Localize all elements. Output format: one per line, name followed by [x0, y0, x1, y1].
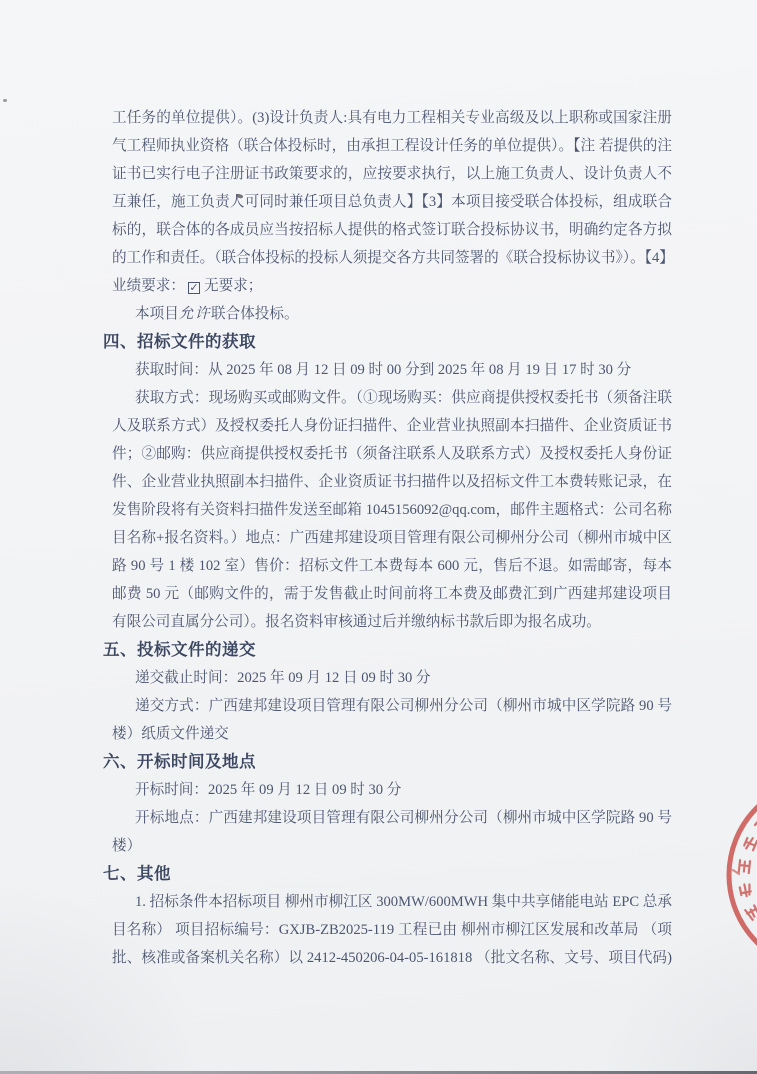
section-heading: 五、投标文件的递交: [103, 636, 672, 664]
document-line: 邮费 50 元（邮购文件的，需于发售截止时间前将工本费及邮费汇到广西建邦建设项目…: [112, 580, 672, 608]
document-line: 互兼任，施工负责人可同时兼任项目总负责人】【3】本项目接受联合体投标，组成联合体…: [112, 188, 672, 216]
document-line: 递交方式：广西建邦建设项目管理有限公司柳州分公司（柳州市城中区学院路 90 号 …: [135, 692, 672, 720]
section-heading: 四、招标文件的获取: [103, 328, 672, 356]
document-line: 目名称） 项目招标编号：GXJB-ZB2025-119 工程已由 柳州市柳江区发…: [112, 916, 672, 944]
official-seal-icon: [700, 770, 757, 1020]
document-line: 获取时间：从 2025 年 08 月 12 日 09 时 00 分到 2025 …: [135, 356, 672, 384]
text-segment: 业绩要求：: [112, 278, 185, 294]
text-segment: 无要求；: [204, 278, 262, 294]
section-heading: 六、开标时间及地点: [103, 748, 672, 776]
document-line: 件；②邮购：供应商提供授权委托书（须备注联系人及联系方式）及授权委托人身份证扫描: [112, 440, 672, 468]
performance-requirement-checkbox: ✓: [188, 282, 200, 294]
document-line: 1. 招标条件本招标项目 柳州市柳江区 300MW/600MWH 集中共享储能电…: [135, 888, 672, 916]
document-line: 递交截止时间：2025 年 09 月 12 日 09 时 30 分: [135, 664, 672, 692]
document-line: 目名称+报名资料。）地点：广西建邦建设项目管理有限公司柳州分公司（柳州市城中区学…: [112, 524, 672, 552]
document-line: 工任务的单位提供）。(3)设计负责人:具有电力工程相关专业高级及以上职称或国家注…: [112, 104, 672, 132]
text-segment: 联合体投标。: [211, 306, 299, 322]
document-line: 开标地点：广西建邦建设项目管理有限公司柳州分公司（柳州市城中区学院路 90 号 …: [135, 804, 672, 832]
document-line: 的工作和责任。（联合体投标的投标人须提交各方共同签署的《联合投标协议书》）。【4…: [112, 244, 672, 272]
text-segment: 允许: [179, 306, 211, 322]
document-line: 批、核准或备案机关名称）以 2412-450206-04-05-161818 （…: [112, 944, 672, 972]
document-line: 发售阶段将有关资料扫描件发送至邮箱 1045156092@qq.com，邮件主题…: [112, 496, 672, 524]
document-line: 获取方式：现场购买或邮购文件。（①现场购买：供应商提供授权委托书（须备注联系: [135, 384, 672, 412]
document-line: 开标时间：2025 年 09 月 12 日 09 时 30 分: [135, 776, 672, 804]
document-line: 件、企业营业执照副本扫描件、企业资质证书扫描件以及招标文件工本费转账记录，在文件: [112, 468, 672, 496]
scanned-document-page: 工任务的单位提供）。(3)设计负责人:具有电力工程相关专业高级及以上职称或国家注…: [0, 0, 757, 1074]
section-heading: 七、其他: [103, 860, 672, 888]
document-line: 路 90 号 1 楼 102 室）售价：招标文件工本费每本 600 元，售后不退…: [112, 552, 672, 580]
document-line: 证书已实行电子注册证书政策要求的，应按要求执行，以上施工负责人、设计负责人不得相: [112, 160, 672, 188]
document-line: 有限公司直属分公司）。报名资料审核通过后并缴纳标书款后即为报名成功。: [112, 608, 672, 636]
document-line: 人及联系方式）及授权委托人身份证扫描件、企业营业执照副本扫描件、企业资质证书扫描: [112, 412, 672, 440]
ink-smudge: [3, 99, 7, 102]
text-segment: 本项目: [135, 306, 179, 322]
document-line: 气工程师执业资格（联合体投标时，由承担工程设计任务的单位提供）。【注 若提供的注…: [112, 132, 672, 160]
document-body: 工任务的单位提供）。(3)设计负责人:具有电力工程相关专业高级及以上职称或国家注…: [103, 104, 672, 972]
document-line: 楼）纸质文件递交: [112, 720, 672, 748]
document-line: 业绩要求：✓无要求；: [112, 272, 672, 300]
document-line: 楼）: [112, 832, 672, 860]
document-line: 标的，联合体的各成员应当按招标人提供的格式签订联合投标协议书，明确约定各方拟承担: [112, 216, 672, 244]
document-line: 本项目允许联合体投标。: [135, 300, 672, 328]
